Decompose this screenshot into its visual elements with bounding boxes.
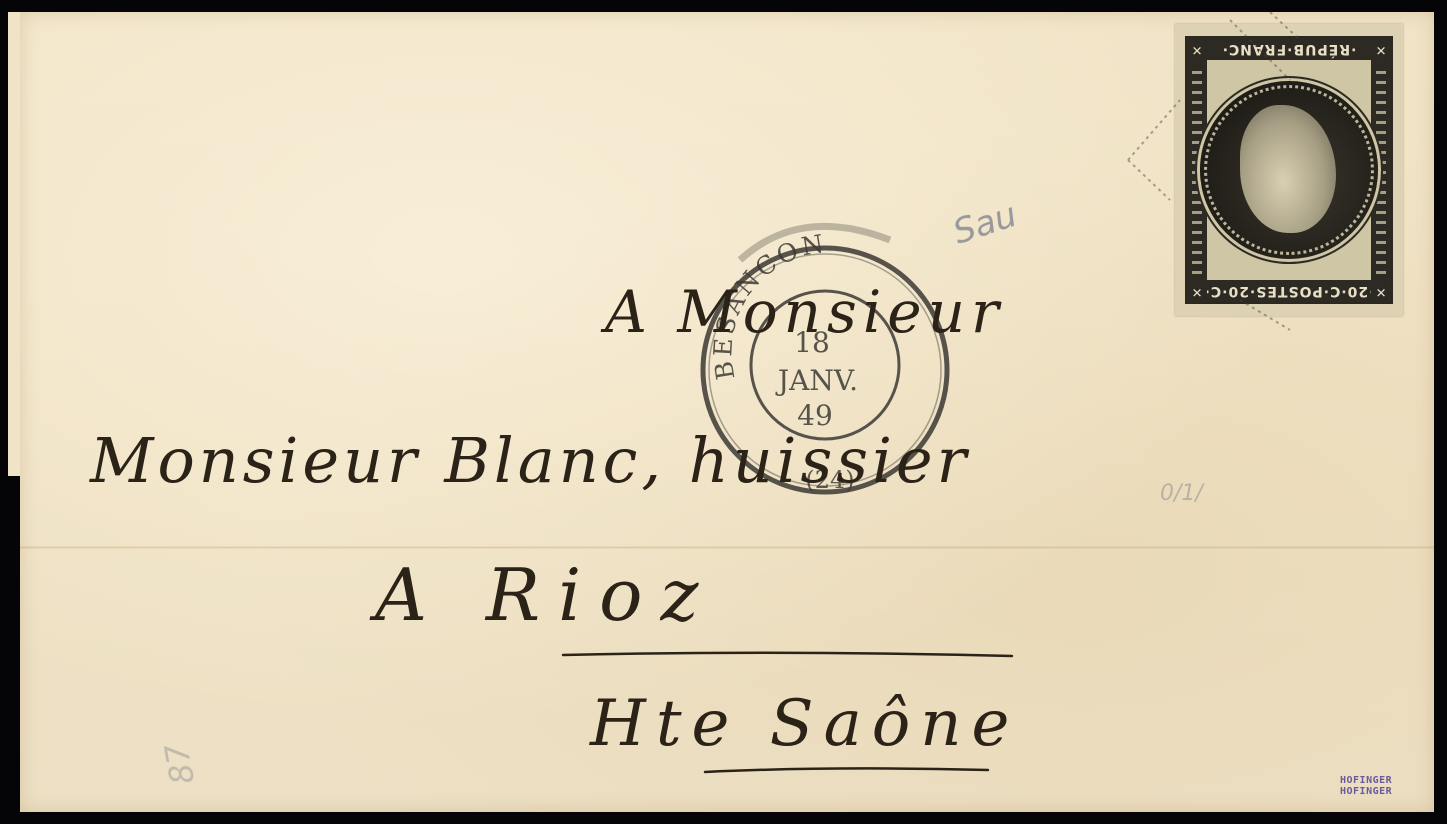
address-line-4: Hte Saône bbox=[589, 687, 1019, 761]
collector-mark-line: HOFINGER bbox=[1340, 775, 1392, 786]
address-line-1: A Monsieur bbox=[600, 278, 1005, 346]
grille-cancel bbox=[1128, 12, 1300, 330]
pencil-note-top: Sau bbox=[948, 195, 1021, 253]
address-line-2: Monsieur Blanc, huissier bbox=[89, 424, 970, 497]
ink-layer: BESANCON 18 JANV. 49 (24) A Monsieur Mon… bbox=[0, 0, 1447, 824]
postmark-month: JANV. bbox=[775, 364, 858, 397]
collector-mark-line: HOFINGER bbox=[1340, 786, 1392, 797]
pencil-note-bottom-left: 87 bbox=[157, 740, 202, 787]
collector-mark: HOFINGER HOFINGER bbox=[1340, 775, 1392, 797]
pencil-note-right: 0/1/ bbox=[1160, 481, 1205, 506]
address-line-3: A Rioz bbox=[369, 553, 716, 637]
